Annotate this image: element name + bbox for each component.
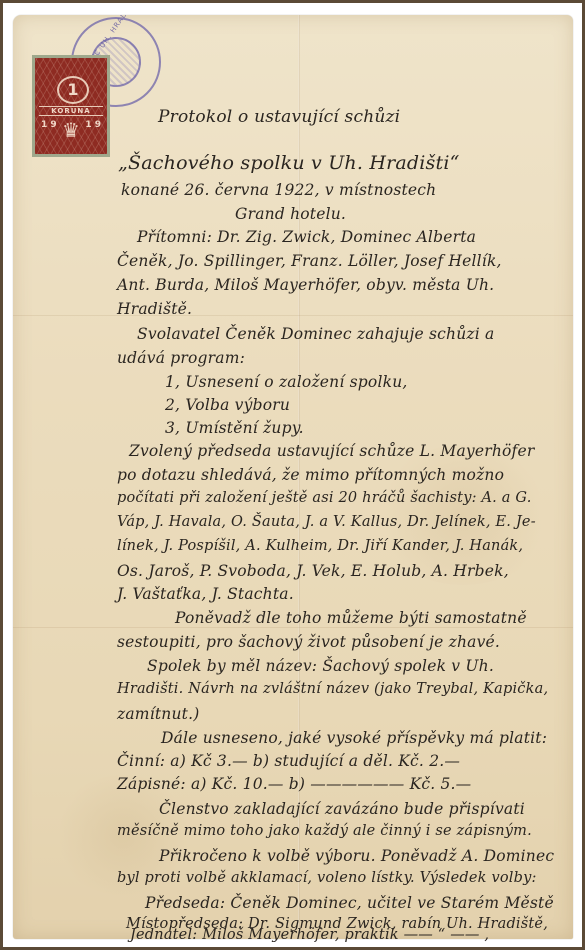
officer-line: Předseda: Čeněk Dominec, učitel ve Staré… (145, 894, 554, 912)
text-line: Váp, J. Havala, O. Šauta, J. a V. Kallus… (117, 514, 536, 530)
text-line: počítati při založení ještě asi 20 hráčů… (117, 490, 532, 506)
text-line: Svolavatel Čeněk Dominec zahajuje schůzi… (137, 325, 495, 343)
program-item: 3, Umístění župy. (165, 419, 304, 437)
text-line: konané 26. června 1922, v místnostech (121, 181, 436, 199)
stamp-denomination: 1 (57, 76, 89, 104)
text-line: Dále usneseno, jaké vysoké příspěvky má … (161, 729, 547, 747)
text-line: Přítomni: Dr. Zig. Zwick, Dominec Albert… (137, 228, 476, 246)
text-line: udává program: (117, 349, 245, 367)
program-item: 2, Volba výboru (165, 396, 290, 414)
text-line: línek, J. Pospíšil, A. Kulheim, Dr. Jiří… (117, 538, 523, 554)
stamp-year-right: 1 9 (85, 120, 101, 131)
fee-line: Zápisné: a) Kč. 10.— b) —————— Kč. 5.— (117, 775, 471, 793)
text-line: Zvolený předseda ustavující schůze L. Ma… (129, 442, 534, 460)
heading-line: Protokol o ustavující schůzi (158, 107, 400, 127)
horizontal-crease (13, 315, 573, 316)
text-line: Čeněk, Jo. Spillinger, Franz. Löller, Jo… (117, 252, 502, 270)
text-line: měsíčně mimo toho jako každý ale činný i… (117, 823, 532, 839)
horizontal-crease (13, 627, 573, 628)
officer-line: Jednatel: Miloš Mayerhöfer, praktik —— “… (130, 927, 489, 943)
text-line: Os. Jaroš, P. Svoboda, J. Vek, E. Holub,… (117, 562, 509, 580)
text-line: Hradišti. Návrh na zvláštní název (jako … (117, 681, 548, 697)
fee-line: Činní: a) Kč 3.— b) studující a děl. Kč.… (117, 752, 460, 770)
text-line: sestoupiti, pro šachový život působení j… (117, 633, 500, 651)
stamp-currency: KORUNA (39, 106, 103, 116)
text-line: zamítnut.) (117, 705, 199, 723)
text-line: Poněvadž dle toho můžeme býti samostatně (175, 609, 527, 627)
heading-club-name: „Šachového spolku v Uh. Hradišti“ (118, 152, 460, 174)
document-page: OBEC UH. HRADIŠTĚ 1 KORUNA 1 9 ♛ 1 9 Pro… (13, 15, 573, 939)
lion-emblem-icon: ♛ (62, 118, 80, 142)
text-line: byl proti volbě akklamací, voleno lístky… (117, 870, 537, 886)
text-line: J. Vaštaťka, J. Stachta. (117, 585, 294, 603)
text-line: Grand hotelu. (235, 205, 346, 223)
text-line: Přikročeno k volbě výboru. Poněvadž A. D… (159, 847, 554, 865)
stamp-year-left: 1 9 (41, 120, 57, 131)
program-item: 1, Usnesení o založení spolku, (165, 373, 408, 391)
photo-frame: OBEC UH. HRADIŠTĚ 1 KORUNA 1 9 ♛ 1 9 Pro… (3, 3, 582, 947)
text-line: Hradiště. (117, 300, 192, 318)
text-line: Ant. Burda, Miloš Mayerhöfer, obyv. měst… (117, 276, 494, 294)
text-line: Členstvo zakladající zavázáno bude přisp… (159, 800, 525, 818)
text-line: po dotazu shledává, že mimo přítomných m… (117, 466, 504, 484)
revenue-stamp: 1 KORUNA 1 9 ♛ 1 9 (32, 55, 110, 157)
text-line: Spolek by měl název: Šachový spolek v Uh… (147, 657, 494, 675)
